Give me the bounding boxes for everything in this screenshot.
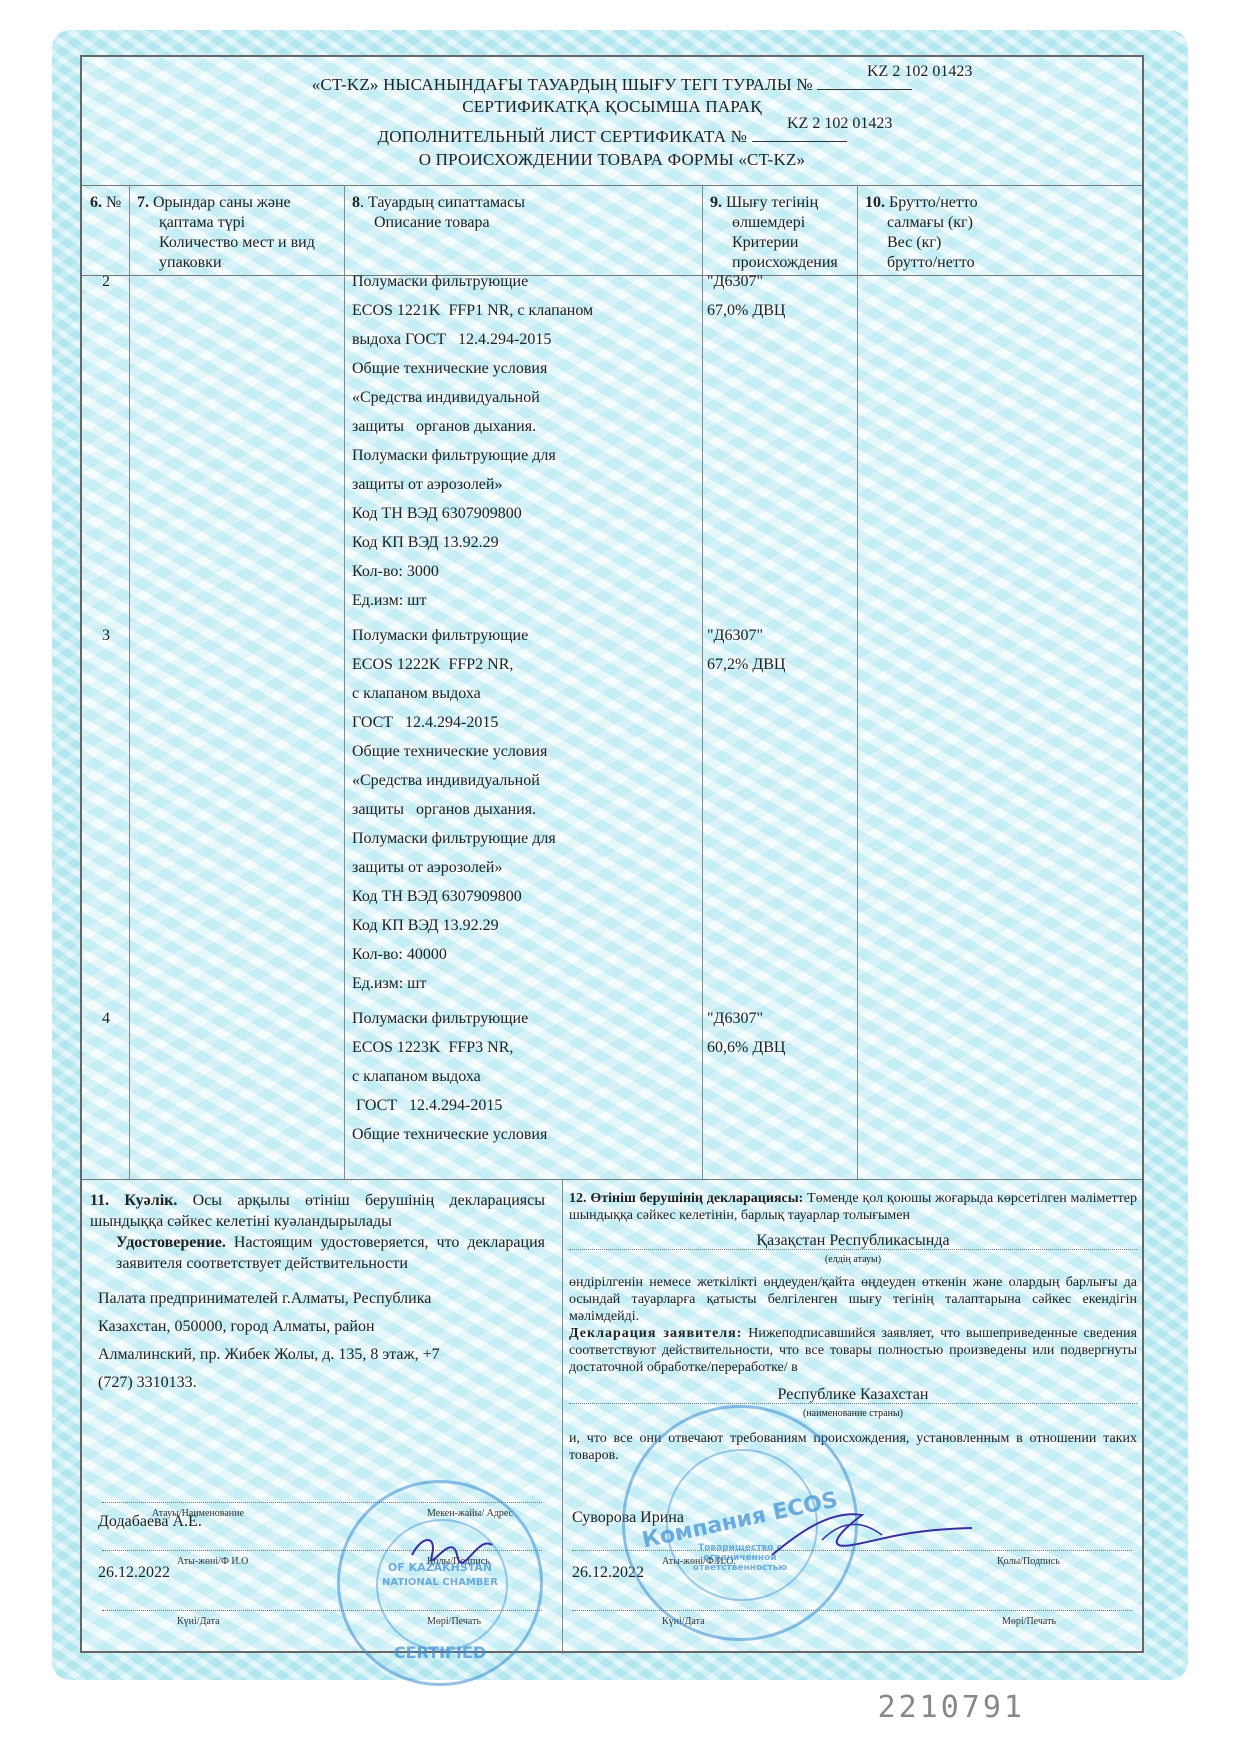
column-label: . Тауардың сипаттамасы [360, 194, 525, 211]
column-label: брутто/нетто [865, 253, 978, 273]
address-line: Палата предпринимателей г.Алматы, Респуб… [98, 1285, 548, 1313]
certification-kz-title: Куәлік. [124, 1192, 177, 1209]
country-ru: Республике Казахстан [569, 1386, 1137, 1404]
description-line: Полумаски фильтрующие [352, 621, 692, 650]
column-label: Шығу тегінің [726, 194, 818, 211]
country-caption: (наименование страны) [569, 1405, 1137, 1422]
description-line: с клапаном выдоха [352, 679, 692, 708]
criteria-line: "Д6307" [707, 621, 785, 650]
origin-criteria: "Д6307"67,2% ДВЦ [707, 621, 785, 679]
description-line: Код КП ВЭД 13.92.29 [352, 911, 692, 940]
column-label: упаковки [137, 253, 315, 273]
box-number: 12. [569, 1191, 587, 1206]
description-line: «Средства индивидуальной [352, 766, 692, 795]
criteria-line: "Д6307" [707, 1004, 785, 1033]
origin-criteria: "Д6307"67,0% ДВЦ [707, 267, 785, 325]
column-label: Брутто/нетто [889, 194, 978, 211]
description-line: Ед.изм: шт [352, 969, 692, 998]
column-label: Критерии [710, 233, 838, 253]
description-line: ГОСТ 12.4.294-2015 [352, 1091, 692, 1120]
certificate-number: KZ 2 102 01423 [787, 115, 892, 133]
description-line: Общие технические условия [352, 1120, 692, 1149]
description-line: Общие технические условия [352, 354, 692, 383]
chamber-address: Палата предпринимателей г.Алматы, Респуб… [98, 1285, 548, 1397]
description-line: Ед.изм: шт [352, 586, 692, 615]
address-line: (727) 3310133. [98, 1369, 548, 1397]
goods-table: 6. № 7. Орындар саны және қаптама түрі К… [82, 185, 1142, 1180]
column-number: 7. [137, 194, 149, 211]
title-ru-text: ДОПОЛНИТЕЛЬНЫЙ ЛИСТ СЕРТИФИКАТА № [377, 127, 747, 146]
stamp-text: CERTIFIED [340, 1643, 540, 1662]
column-header-weight: 10. Брутто/нетто салмағы (кг) Вес (кг) б… [865, 193, 978, 273]
signature-section: 11. Куәлік. Осы арқылы өтініш берушінің … [82, 1179, 1142, 1654]
column-number: 9. [710, 194, 722, 211]
title-kz-line1: «CT-KZ» НЫСАНЫНДАҒЫ ТАУАРДЫҢ ШЫҒУ ТЕГІ Т… [82, 75, 1142, 95]
title-kz-text: «CT-KZ» НЫСАНЫНДАҒЫ ТАУАРДЫҢ ШЫҒУ ТЕГІ Т… [312, 75, 813, 94]
fio-label: Аты-жөні/Ф И.О [177, 1556, 248, 1567]
certifier-signature-icon [407, 1525, 497, 1570]
certifier-name: Додабаева А.Е. [98, 1513, 202, 1531]
description-line: защиты органов дыхания. [352, 795, 692, 824]
title-ru-line1: ДОПОЛНИТЕЛЬНЫЙ ЛИСТ СЕРТИФИКАТА № [82, 127, 1142, 147]
description-line: ГОСТ 12.4.294-2015 [352, 708, 692, 737]
column-header-criteria: 9. Шығу тегінің өлшемдері Критерии проис… [710, 193, 838, 273]
goods-description: Полумаски фильтрующиеECOS 1223K FFP3 NR,… [352, 1004, 692, 1149]
description-line: защиты от аэрозолей» [352, 853, 692, 882]
row-number: 2 [102, 273, 110, 291]
description-line: Кол-во: 3000 [352, 557, 692, 586]
column-label: қаптама түрі [137, 213, 315, 233]
description-line: Полумаски фильтрующие для [352, 441, 692, 470]
description-line: ECOS 1222K FFP2 NR, [352, 650, 692, 679]
column-number: 8 [352, 194, 360, 211]
country-kz: Қазақстан Республикасында [569, 1232, 1137, 1250]
title-block: «CT-KZ» НЫСАНЫНДАҒЫ ТАУАРДЫҢ ШЫҒУ ТЕГІ Т… [82, 57, 1142, 186]
description-line: защиты от аэрозолей» [352, 470, 692, 499]
origin-criteria: "Д6307"60,6% ДВЦ [707, 1004, 785, 1062]
column-label: Орындар саны және [153, 194, 291, 211]
serial-number: 2210791 [878, 1690, 1025, 1725]
description-line: Код ТН ВЭД 6307909800 [352, 882, 692, 911]
column-label: салмағы (кг) [865, 213, 978, 233]
certificate-sheet: «CT-KZ» НЫСАНЫНДАҒЫ ТАУАРДЫҢ ШЫҒУ ТЕГІ Т… [80, 55, 1144, 1653]
description-line: защиты органов дыхания. [352, 412, 692, 441]
column-divider [129, 185, 130, 1180]
column-label: өлшемдері [710, 213, 838, 233]
chamber-stamp: OF KAZAKHSTAN NATIONAL CHAMBER CERTIFIED [337, 1480, 543, 1686]
description-line: Полумаски фильтрующие для [352, 824, 692, 853]
signature-label: Қолы/Подпись [997, 1556, 1060, 1567]
description-line: Код КП ВЭД 13.92.29 [352, 528, 692, 557]
declaration-ru-title: Декларация заявителя: [569, 1326, 742, 1341]
description-line: ECOS 1221K FFP1 NR, с клапаном [352, 296, 692, 325]
country-caption: (елдің атауы) [569, 1251, 1137, 1268]
criteria-line: "Д6307" [707, 267, 785, 296]
declarant-signature-icon [762, 1500, 982, 1570]
column-number: 10. [865, 194, 885, 211]
description-line: Код ТН ВЭД 6307909800 [352, 499, 692, 528]
description-line: ECOS 1223K FFP3 NR, [352, 1033, 692, 1062]
description-line: выдоха ГОСТ 12.4.294-2015 [352, 325, 692, 354]
column-divider [344, 185, 345, 1180]
declaration-kz-title: Өтініш берушінің декларациясы: [590, 1191, 803, 1206]
seal-label: Мөрі/Печать [1002, 1616, 1056, 1627]
column-divider [702, 185, 703, 1180]
description-line: Кол-во: 40000 [352, 940, 692, 969]
criteria-line: 60,6% ДВЦ [707, 1033, 785, 1062]
description-line: с клапаном выдоха [352, 1062, 692, 1091]
description-line: Полумаски фильтрующие [352, 267, 692, 296]
declaration-box: 12. Өтініш берушінің декларациясы: Төмен… [569, 1190, 1137, 1464]
column-header-no: 6. № [90, 193, 121, 213]
column-header-packages: 7. Орындар саны және қаптама түрі Количе… [137, 193, 315, 273]
criteria-line: 67,2% ДВЦ [707, 650, 785, 679]
column-divider [857, 185, 858, 1180]
address-line: Алмалинский, пр. Жибек Жолы, д. 135, 8 э… [98, 1341, 548, 1369]
address-line: Казахстан, 050000, город Алматы, район [98, 1313, 548, 1341]
stamp-text: NATIONAL CHAMBER [340, 1577, 540, 1588]
goods-description: Полумаски фильтрующиеECOS 1221K FFP1 NR,… [352, 267, 692, 615]
column-label: Описание товара [352, 213, 525, 233]
description-line: «Средства индивидуальной [352, 383, 692, 412]
column-label: Количество мест и вид [137, 233, 315, 253]
certification-ru-title: Удостоверение. [116, 1234, 226, 1251]
date-label: Күні/Дата [177, 1616, 220, 1627]
title-ru-line2: О ПРОИСХОЖДЕНИИ ТОВАРА ФОРМЫ «CT-KZ» [82, 150, 1142, 170]
row-number: 3 [102, 627, 110, 645]
certification-date: 26.12.2022 [98, 1564, 170, 1582]
goods-description: Полумаски фильтрующиеECOS 1222K FFP2 NR,… [352, 621, 692, 998]
certificate-number: KZ 2 102 01423 [867, 63, 972, 81]
description-line: Полумаски фильтрующие [352, 1004, 692, 1033]
box-number: 11. [90, 1192, 109, 1209]
table-header: 6. № 7. Орындар саны және қаптама түрі К… [82, 185, 1142, 276]
column-header-description: 8. Тауардың сипаттамасы Описание товара [352, 193, 525, 233]
row-number: 4 [102, 1010, 110, 1028]
criteria-line: 67,0% ДВЦ [707, 296, 785, 325]
title-kz-line2: СЕРТИФИКАТҚА ҚОСЫМША ПАРАҚ [82, 97, 1142, 117]
section-divider [562, 1180, 563, 1654]
column-number: 6. [90, 194, 102, 211]
column-label: Вес (кг) [865, 233, 978, 253]
dotted-line [572, 1610, 1132, 1611]
description-line: Общие технические условия [352, 737, 692, 766]
column-label: № [106, 194, 121, 211]
declaration-kz-text2: өндірілгенін немесе жеткілікті өңдеуден/… [569, 1274, 1137, 1325]
certification-box: 11. Куәлік. Осы арқылы өтініш берушінің … [90, 1190, 545, 1274]
